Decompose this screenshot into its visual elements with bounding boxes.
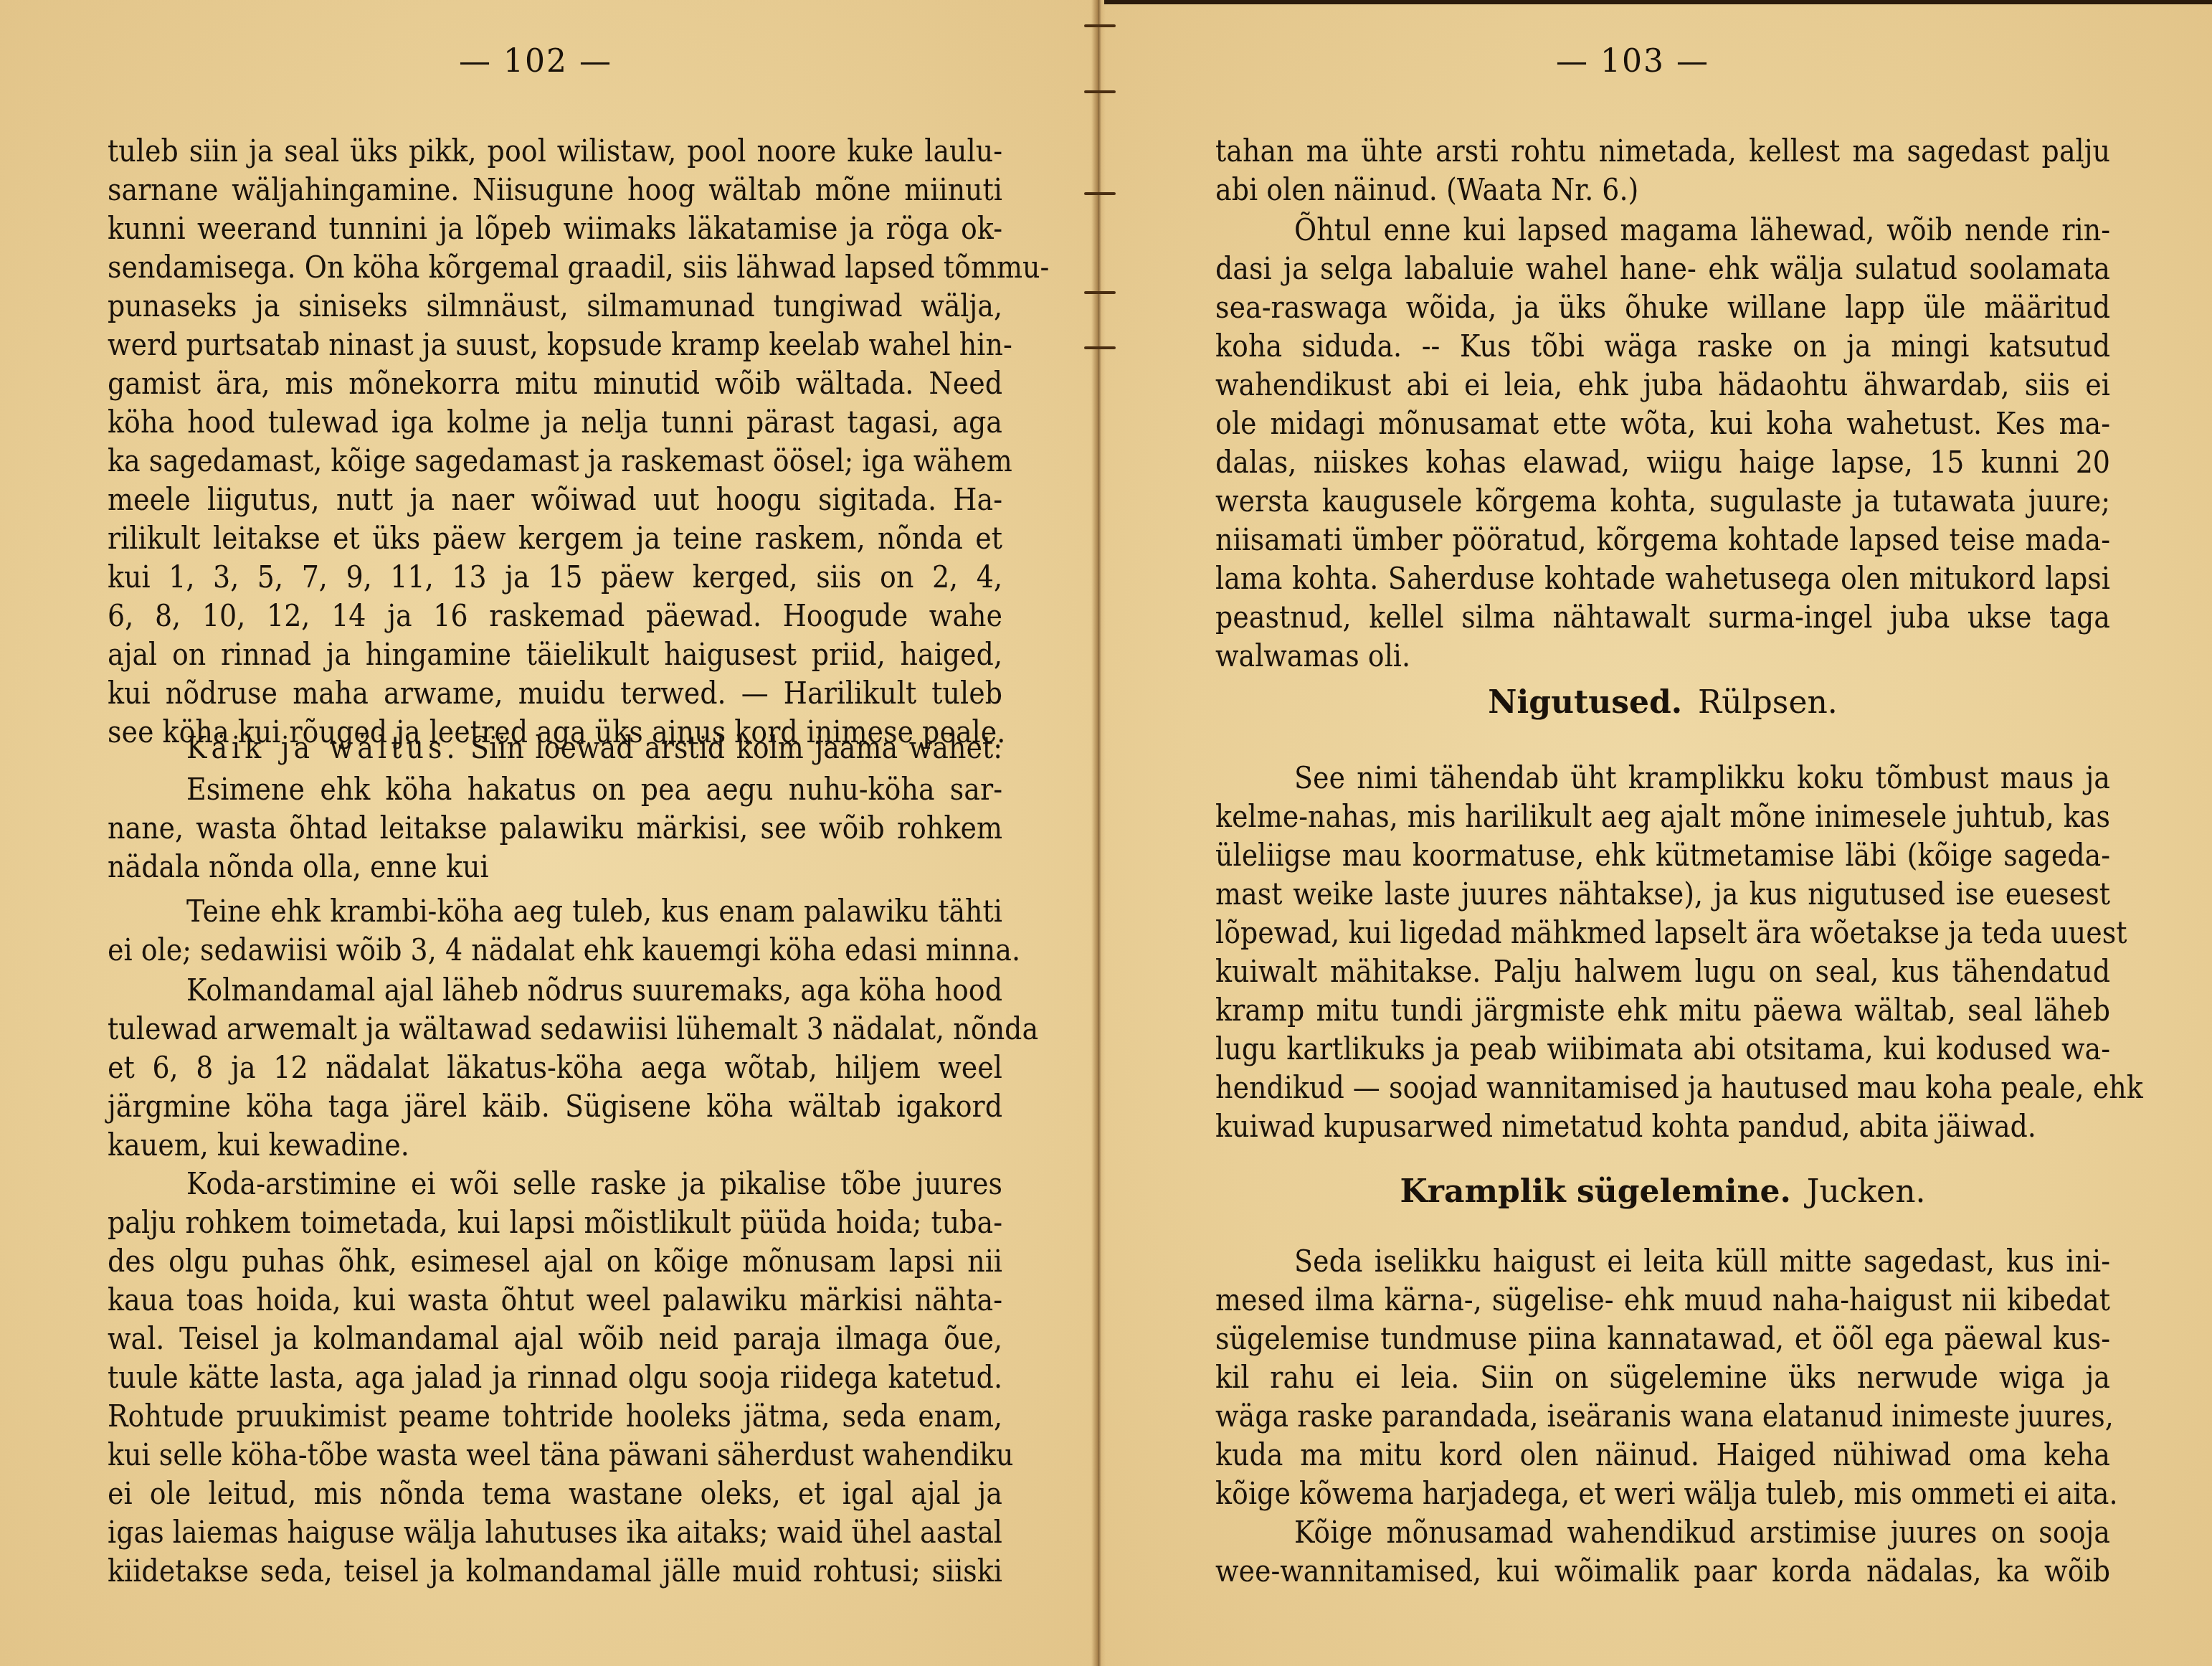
ohtul-line: peastnud, kellel silma nähtawalt surma-i…: [1215, 595, 2110, 638]
koda-line: Rohtude pruukimist peame tohtride hoolek…: [108, 1394, 1002, 1437]
kolmandamal-line: et 6, 8 ja 12 nädalat läkatus-köha aega …: [108, 1046, 1002, 1089]
text-line: punaseks ja siniseks silmnäust, silmamun…: [108, 284, 1002, 327]
heading-title: Nigutused.: [1488, 684, 1682, 721]
ohtul-line: wersta kaugusele kõrgema kohta, sugulast…: [1215, 479, 2110, 522]
nigutused-line: kramp mitu tundi järgmiste ehk mitu päew…: [1215, 988, 2110, 1031]
ohtul-line: ole midagi mõnusamat ette wõta, kui koha…: [1215, 402, 2110, 445]
koda-line: ei ole leitud, mis nõnda tema wastane ol…: [108, 1472, 1002, 1515]
page-number-right: — 103 —: [1556, 43, 1709, 80]
sugelemine-line: kil rahu ei leia. Siin on sügelemine üks…: [1215, 1355, 2110, 1398]
koda-line: kiidetakse seda, teisel ja kolmandamal j…: [108, 1549, 1002, 1592]
text-line: tuleb siin ja seal üks pikk, pool wilist…: [108, 129, 1002, 172]
koda-line: des olgu puhas õhk, esimesel ajal on kõi…: [108, 1239, 1002, 1282]
text-line: ka sagedamast, kõige sagedamast ja raske…: [108, 439, 1002, 482]
ohtul-line: dasi ja selga labaluie wahel hane- ehk w…: [1215, 247, 2110, 290]
text-line: gamist ära, mis mõnekorra mitu minutid w…: [108, 361, 1002, 404]
section-heading-sugelemine: Kramplik sügelemine.Jucken.: [1215, 1170, 2110, 1213]
nigutused-line: hendikud — soojad wannitamised ja hautus…: [1215, 1066, 2110, 1109]
ohtul-line: lama kohta. Saherduse kohtade wahetusega…: [1215, 557, 2110, 600]
heading-title: Kramplik sügelemine.: [1400, 1173, 1791, 1210]
koda-line: kui selle köha-tõbe wasta weel täna päwa…: [108, 1433, 1002, 1476]
binding-stitch: [1084, 90, 1116, 93]
teine-line: Teine ehk krambi-köha aeg tuleb, kus ena…: [108, 889, 1002, 932]
section-heading-nigutused: Nigutused.Rülpsen.: [1215, 681, 2110, 724]
nigutused-line: kuiwad kupusarwed nimetatud kohta pandud…: [1215, 1104, 2110, 1147]
sugelemine-line: wee-wannitamised, kui wõimalik paar kord…: [1215, 1549, 2110, 1592]
ohtul-line: dalas, niiskes kohas elawad, wiigu haige…: [1215, 440, 2110, 483]
text-line: rilikult leitakse et üks päew kergem ja …: [108, 516, 1002, 559]
nigutused-line: mast weike laste juures nähtakse), ja ku…: [1215, 872, 2110, 915]
nigutused-line: See nimi tähendab üht kramplikku koku tõ…: [1215, 756, 2110, 799]
esimene-line: nane, wasta õhtad leitakse palawiku märk…: [108, 806, 1002, 849]
page-number-left: — 102 —: [459, 43, 612, 80]
top-edge-shadow: [1104, 0, 2212, 4]
kolmandamal-line: järgmine köha taga järel käib. Sügisene …: [108, 1084, 1002, 1127]
text-line: kui 1, 3, 5, 7, 9, 11, 13 ja 15 päew ker…: [108, 555, 1002, 598]
heading-german: Jucken.: [1807, 1173, 1926, 1210]
kolmandamal-line: tulewad arwemalt ja wältawad sedawiisi l…: [108, 1007, 1002, 1050]
sugelemine-line: mesed ilma kärna-, sügelise- ehk muud na…: [1215, 1278, 2110, 1321]
binding-stitch: [1084, 291, 1116, 294]
nigutused-line: üleliigse mau koormatuse, ehk kütmetamis…: [1215, 833, 2110, 876]
nigutused-line: lugu kartlikuks ja peab wiibimata abi ot…: [1215, 1027, 2110, 1070]
esimene-line: Esimene ehk köha hakatus on pea aegu nuh…: [108, 767, 1002, 810]
text-line: tahan ma ühte arsti rohtu nimetada, kell…: [1215, 129, 2110, 172]
section-kaik-rest: Siin loewad arstid kolm jaama wahet:: [470, 730, 1002, 765]
ohtul-line: niisamati ümber pööratud, kõrgema kohtad…: [1215, 518, 2110, 561]
binding-stitch: [1084, 346, 1116, 349]
text-line: kui nõdruse maha arwame, muidu terwed. —…: [108, 671, 1002, 714]
nigutused-line: lõpewad, kui ligedad mähkmed lapselt ära…: [1215, 911, 2110, 954]
section-kaik-line: Käik ja wältus. Siin loewad arstid kolm …: [108, 726, 1002, 769]
heading-german: Rülpsen.: [1698, 684, 1838, 721]
ohtul-line: walwamas oli.: [1215, 634, 2110, 677]
text-line: sarnane wäljahingamine. Niisugune hoog w…: [108, 168, 1002, 211]
koda-line: igas laiemas haiguse wälja lahutuses ika…: [108, 1510, 1002, 1553]
book-gutter: [1091, 0, 1106, 1666]
sugelemine-line: sügelemise tundmuse piina kannatawad, et…: [1215, 1317, 2110, 1360]
ohtul-line: wahendikust abi ei leia, ehk juba hädaoh…: [1215, 363, 2110, 406]
sugelemine-line: kõige kõwema harjadega, et weri wälja tu…: [1215, 1472, 2110, 1515]
sugelemine-line: kuda ma mitu kord olen näinud. Haiged nü…: [1215, 1433, 2110, 1476]
ohtul-line: sea-raswaga wõida, ja üks õhuke willane …: [1215, 285, 2110, 328]
ohtul-line: koha siduda. -- Kus tõbi wäga raske on j…: [1215, 324, 2110, 367]
text-line: meele liigutus, nutt ja naer wõiwad uut …: [108, 478, 1002, 521]
koda-line: Koda-arstimine ei wõi selle raske ja pik…: [108, 1162, 1002, 1205]
koda-line: kaua toas hoida, kui wasta õhtut weel pa…: [108, 1278, 1002, 1321]
text-line: köha hood tulewad iga kolme ja nelja tun…: [108, 400, 1002, 443]
koda-line: tuule kätte lasta, aga jalad ja rinnad o…: [108, 1355, 1002, 1398]
koda-line: wal. Teisel ja kolmandamal ajal wõib nei…: [108, 1317, 1002, 1360]
text-line: kunni weerand tunnini ja lõpeb wiimaks l…: [108, 207, 1002, 250]
nigutused-line: kelme-nahas, mis harilikult aeg ajalt mõ…: [1215, 795, 2110, 838]
esimene-line: nädala nõnda olla, enne kui: [108, 845, 1002, 888]
koda-line: palju rohkem toimetada, kui lapsi mõistl…: [108, 1201, 1002, 1244]
kolmandamal-line: kauem, kui kewadine.: [108, 1123, 1002, 1166]
text-line: sendamisega. On köha kõrgemal graadil, s…: [108, 245, 1002, 288]
text-line: abi olen näinud. (Waata Nr. 6.): [1215, 168, 2110, 211]
text-line: 6, 8, 10, 12, 14 ja 16 raskemad päewad. …: [108, 594, 1002, 637]
binding-stitch: [1084, 192, 1116, 195]
ohtul-line: Õhtul enne kui lapsed magama lähewad, wõ…: [1215, 208, 2110, 251]
text-line: werd purtsatab ninast ja suust, kopsude …: [108, 323, 1002, 366]
kolmandamal-line: Kolmandamal ajal läheb nõdrus suuremaks,…: [108, 968, 1002, 1011]
binding-stitch: [1084, 24, 1116, 27]
sugelemine-line: wäga raske parandada, iseäranis wana ela…: [1215, 1394, 2110, 1437]
sugelemine-line: Kõige mõnusamad wahendikud arstimise juu…: [1215, 1510, 2110, 1553]
teine-line: ei ole; sedawiisi wõib 3, 4 nädalat ehk …: [108, 928, 1002, 971]
section-kaik-label: Käik ja wältus.: [186, 730, 459, 765]
sugelemine-line: Seda iselikku haigust ei leita küll mitt…: [1215, 1239, 2110, 1282]
nigutused-line: kuiwalt mähitakse. Palju halwem lugu on …: [1215, 950, 2110, 993]
text-line: ajal on rinnad ja hingamine täielikult h…: [108, 633, 1002, 676]
